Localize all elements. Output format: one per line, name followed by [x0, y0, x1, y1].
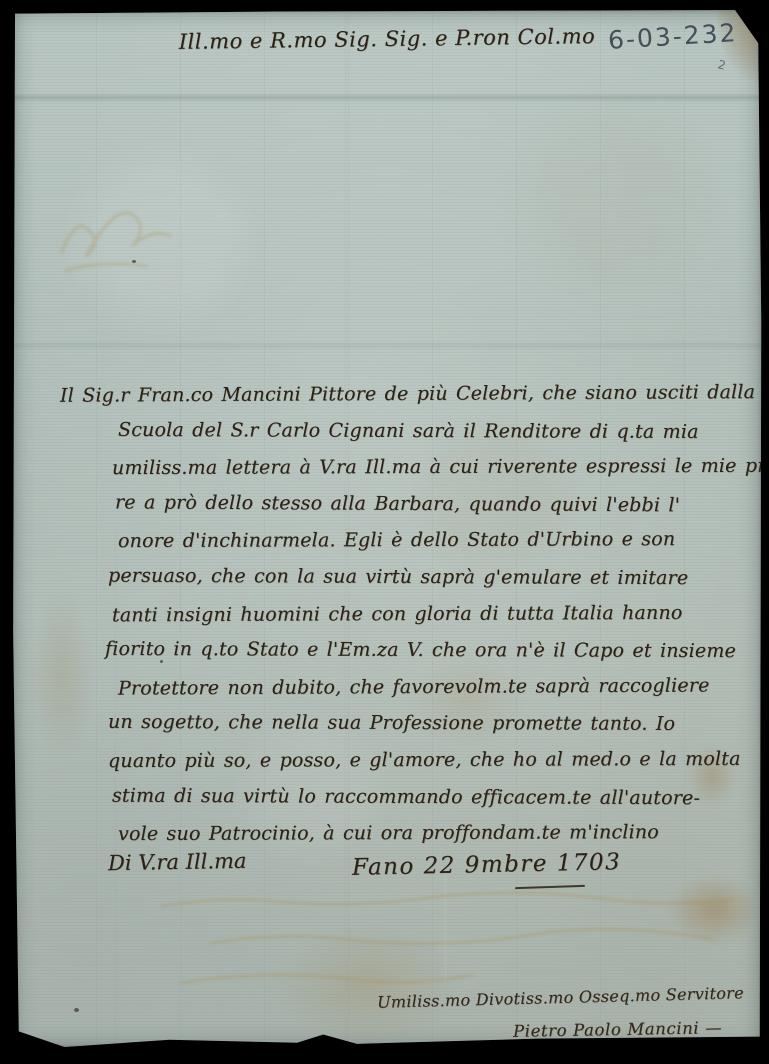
ink-speck: [74, 1008, 79, 1012]
signature-name: Pietro Paolo Mancini —: [513, 1018, 722, 1041]
body-line: quanto più so, e posso, e gl'amore, che …: [108, 741, 727, 780]
body-line: re a prò dello stesso alla Barbara, quan…: [115, 484, 727, 524]
body-line: umiliss.ma lettera à V.ra Ill.ma à cui r…: [112, 448, 727, 487]
horizontal-fold: [12, 92, 762, 102]
scratch-mark: [445, 870, 447, 980]
body-line: un sogetto, che nella sua Professione pr…: [108, 704, 727, 743]
body-line: persuaso, che con la sua virtù saprà g'e…: [108, 558, 727, 597]
stain: [277, 925, 457, 1045]
letter-photo: Ill.mo e R.mo Sig. Sig. e P.ron Col.mo I…: [0, 0, 769, 1064]
body-line: fiorito in q.to Stato e l'Em.za V. che o…: [105, 631, 727, 670]
paper-sheet: Ill.mo e R.mo Sig. Sig. e P.ron Col.mo I…: [12, 10, 762, 1048]
horizontal-fold: [12, 340, 762, 350]
body-line: tanti insigni huomini che con gloria di …: [112, 594, 727, 633]
body-line: Protettore non dubito, che favorevolm.te…: [118, 667, 727, 707]
letter-body: Il Sig.r Fran.co Mancini Pittore de più …: [52, 376, 727, 852]
ink-speck: [132, 260, 136, 263]
body-line: Scuola del S.r Carlo Cignani sarà il Ren…: [118, 412, 727, 451]
body-line: stima di sua virtù lo raccommando effica…: [112, 777, 727, 816]
signature-courtesy-line: Umiliss.mo Divotiss.mo Osseq.mo Servitor…: [377, 983, 744, 1012]
body-line: Il Sig.r Fran.co Mancini Pittore de più …: [60, 374, 727, 414]
year-underline: [515, 885, 585, 889]
stain: [667, 875, 762, 945]
letter-dateline: Fano 22 9mbre 1703: [352, 849, 622, 881]
body-line: onore d'inchinarmela. Egli è dello Stato…: [118, 521, 727, 560]
letter-closing: Di V.ra Ill.ma: [108, 849, 247, 875]
body-line: vole suo Patrocinio, à cui ora proffonda…: [118, 814, 727, 853]
showthrough-mark: [52, 182, 212, 282]
